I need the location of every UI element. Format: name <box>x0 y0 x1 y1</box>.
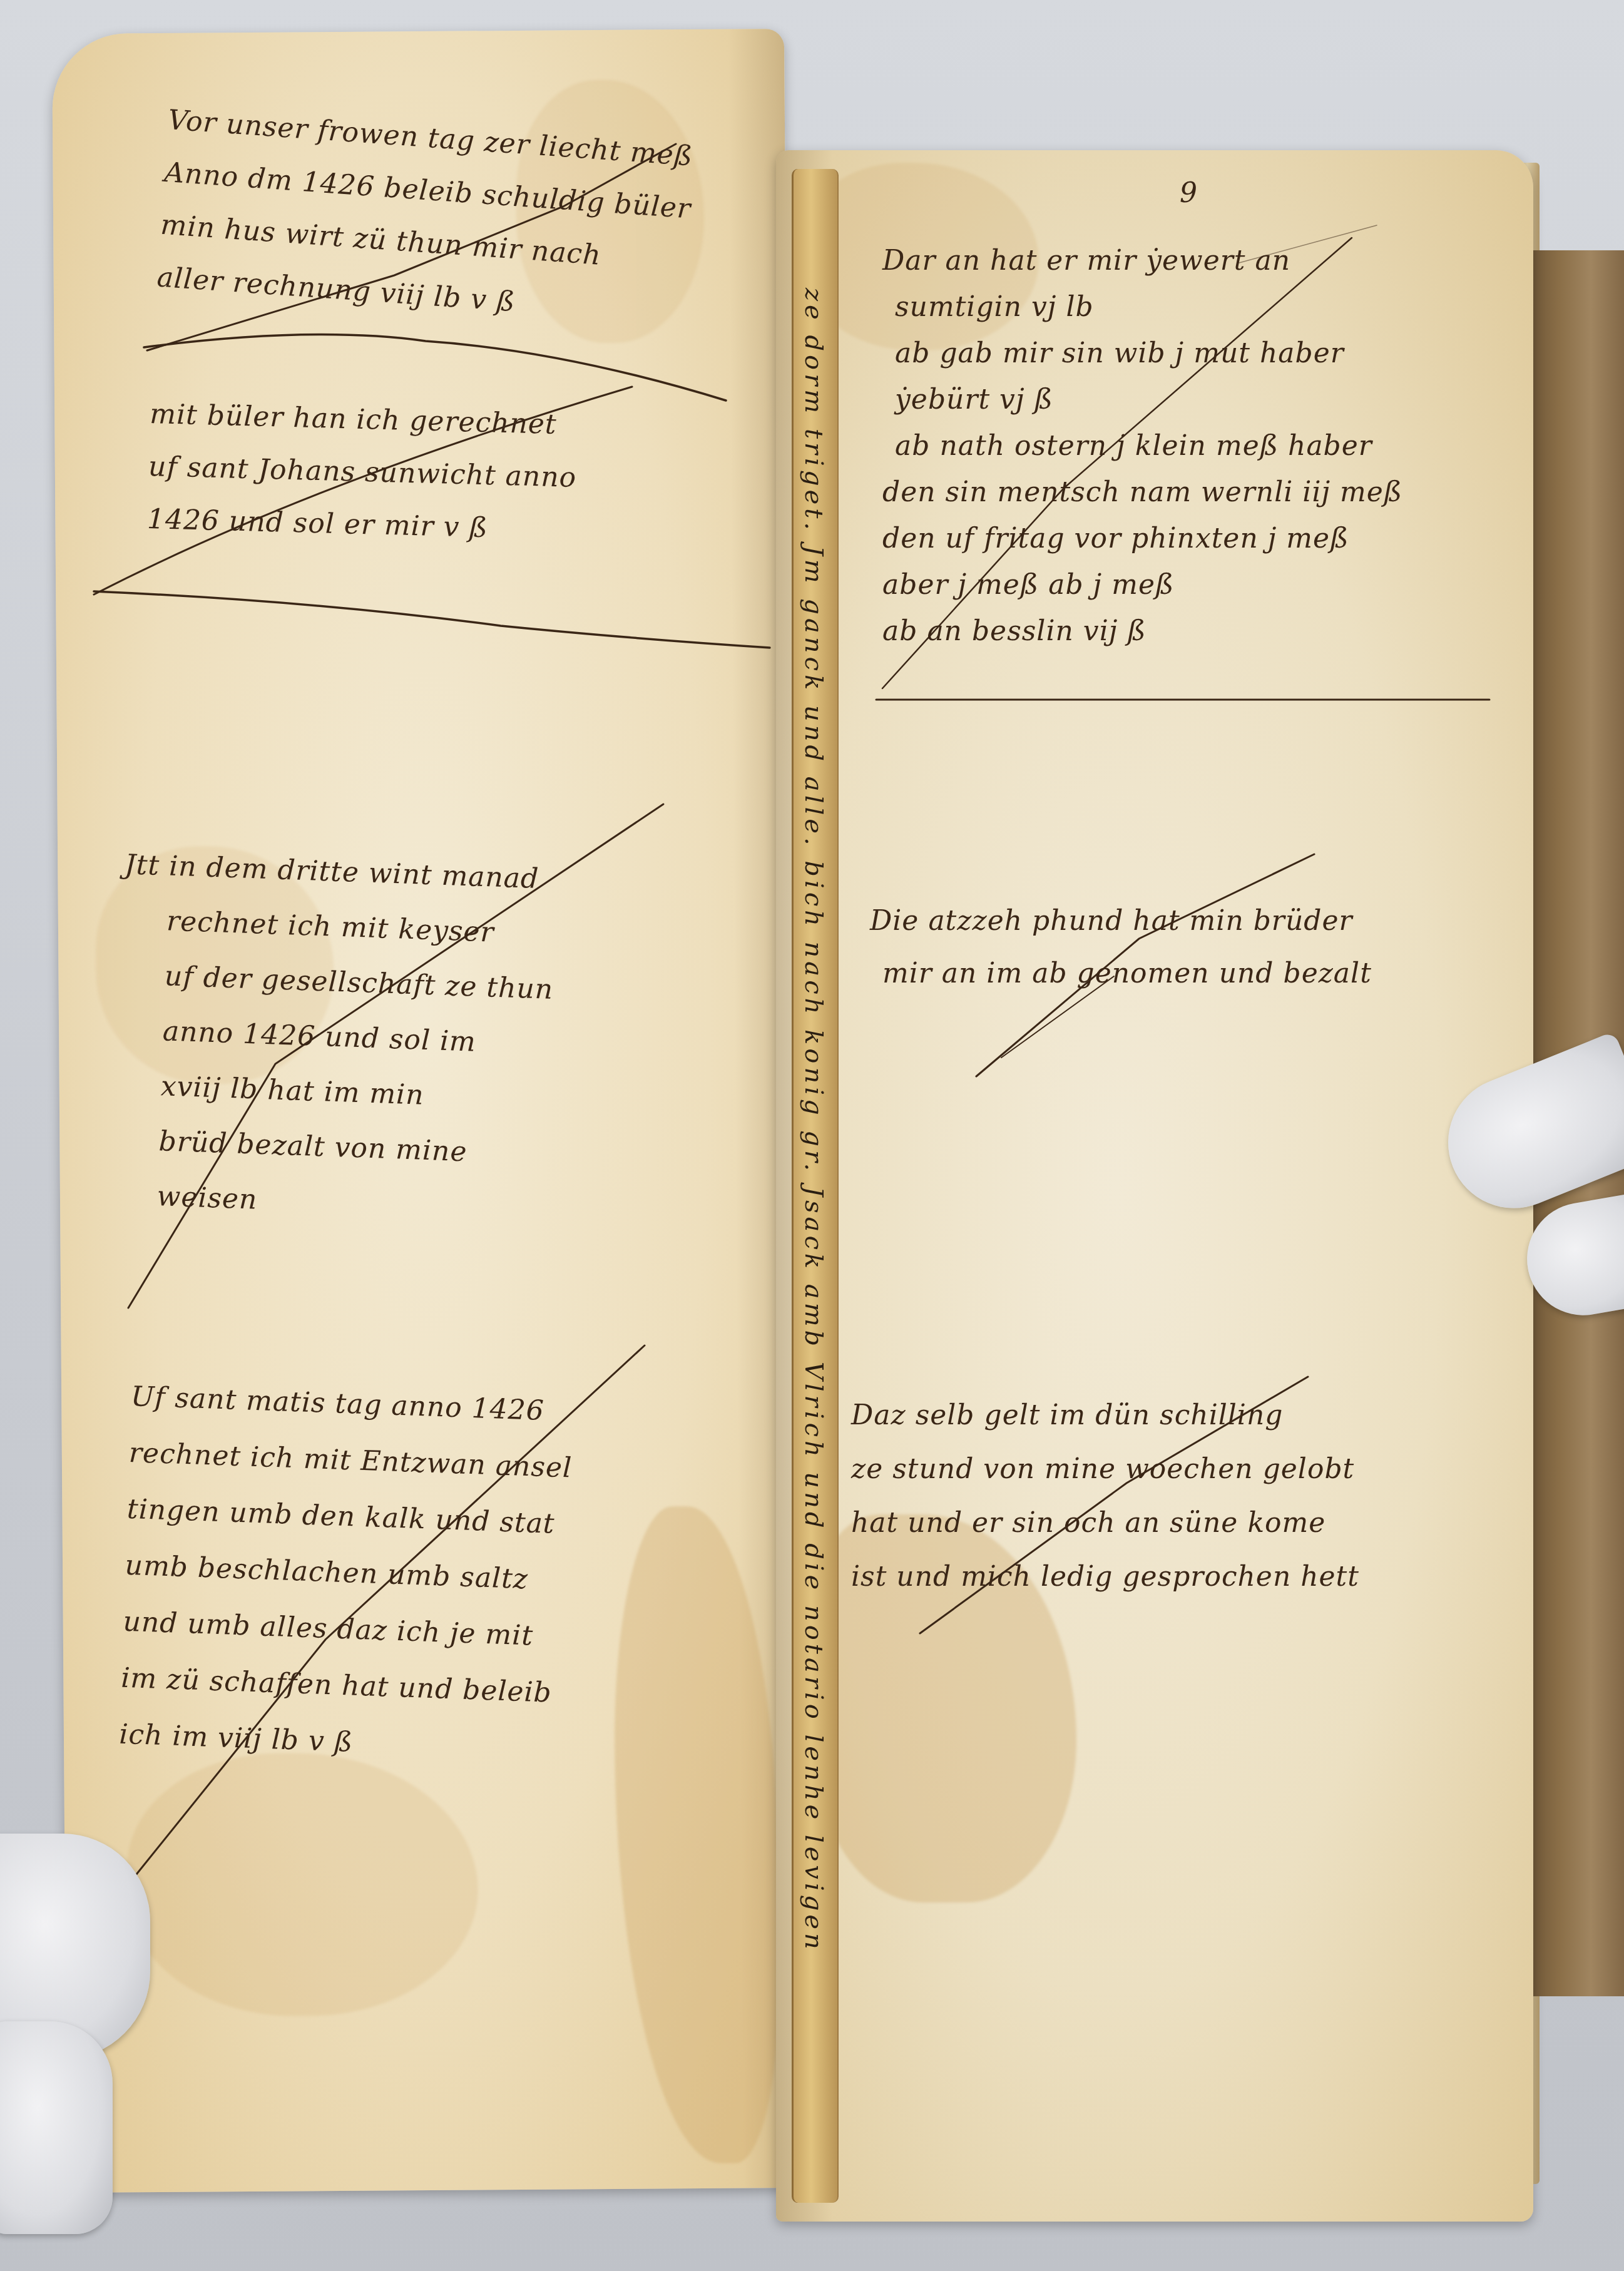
water-stain <box>126 1752 479 2017</box>
text-line: im zü schaffen hat und beleib <box>121 1665 565 1708</box>
right-entry-3: Daz selb gelt im dün schilling ze stund … <box>851 1402 1359 1591</box>
text-line: Anno dm 1426 beleib schuldig büler <box>163 159 692 223</box>
text-line: ist und mich ledig gesprochen hett <box>851 1563 1359 1591</box>
text-line: den uf fritag vor phinxten j meß <box>882 525 1402 553</box>
text-line: sumtigin vj lb <box>882 293 1402 321</box>
right-entry-1: Dar an hat er mir ẏewert an sumtigin vj … <box>882 247 1402 645</box>
text-line: uf sant Johans sunwicht anno <box>148 453 577 492</box>
text-line: ze stund von mine woechen gelobt <box>851 1456 1359 1483</box>
text-line: tingen umb den kalk und stat <box>126 1496 571 1539</box>
text-line: ab nath ostern j klein meß haber <box>882 432 1402 460</box>
left-entry-2: mit büler han ich gerechnet uf sant Joha… <box>146 401 578 544</box>
text-line: Dar an hat er mir ẏewert an <box>882 247 1402 275</box>
text-line: ẏebürt vj ß <box>882 386 1402 414</box>
text-line: und umb alles daz ich je mit <box>123 1608 567 1651</box>
text-line: uf der gesellschaft ze thun <box>120 961 554 1004</box>
right-entry-2: Die atzzeh phund hat min brüder mir an i… <box>870 907 1372 988</box>
text-line: rechnet ich mit keyser <box>122 906 556 949</box>
left-entry-1: Vor unser frowen tag zer liecht meß Anno… <box>156 106 695 328</box>
folio-number: 9 <box>1180 177 1197 209</box>
binding-strip-text: ze dorm triget. Jm ganck und alle. bich … <box>801 288 826 1953</box>
text-line: aber j meß ab j meß <box>882 571 1402 599</box>
text-line: anno 1426 und sol im <box>118 1016 552 1059</box>
gloved-hand-left <box>0 2021 113 2234</box>
text-line: ab an besslin vij ß <box>882 618 1402 645</box>
text-line: xviij lb hat im min <box>116 1071 550 1114</box>
text-line: rechnet ich mit Entzwan ansel <box>128 1439 573 1483</box>
text-line: ab gab mir sin wib j mut haber <box>882 340 1402 367</box>
left-entry-4: Uf sant matis tag anno 1426 rechnet ich … <box>119 1383 575 1763</box>
text-line: min hus wirt zü thun mir nach <box>160 212 688 276</box>
text-line: mir an im ab genomen und bezalt <box>870 960 1372 988</box>
text-line: Daz selb gelt im dün schilling <box>851 1402 1359 1429</box>
left-entry-3: Jtt in dem dritte wint manad rechnet ich… <box>113 851 558 1224</box>
text-line: hat und er sin och an süne kome <box>851 1509 1359 1537</box>
text-line: den sin mentsch nam wernli iij meß <box>882 479 1402 506</box>
text-line: Die atzzeh phund hat min brüder <box>870 907 1372 935</box>
text-line: umb beschlachen umb saltz <box>125 1552 569 1595</box>
text-line: brüd bezalt von mine <box>115 1126 548 1169</box>
